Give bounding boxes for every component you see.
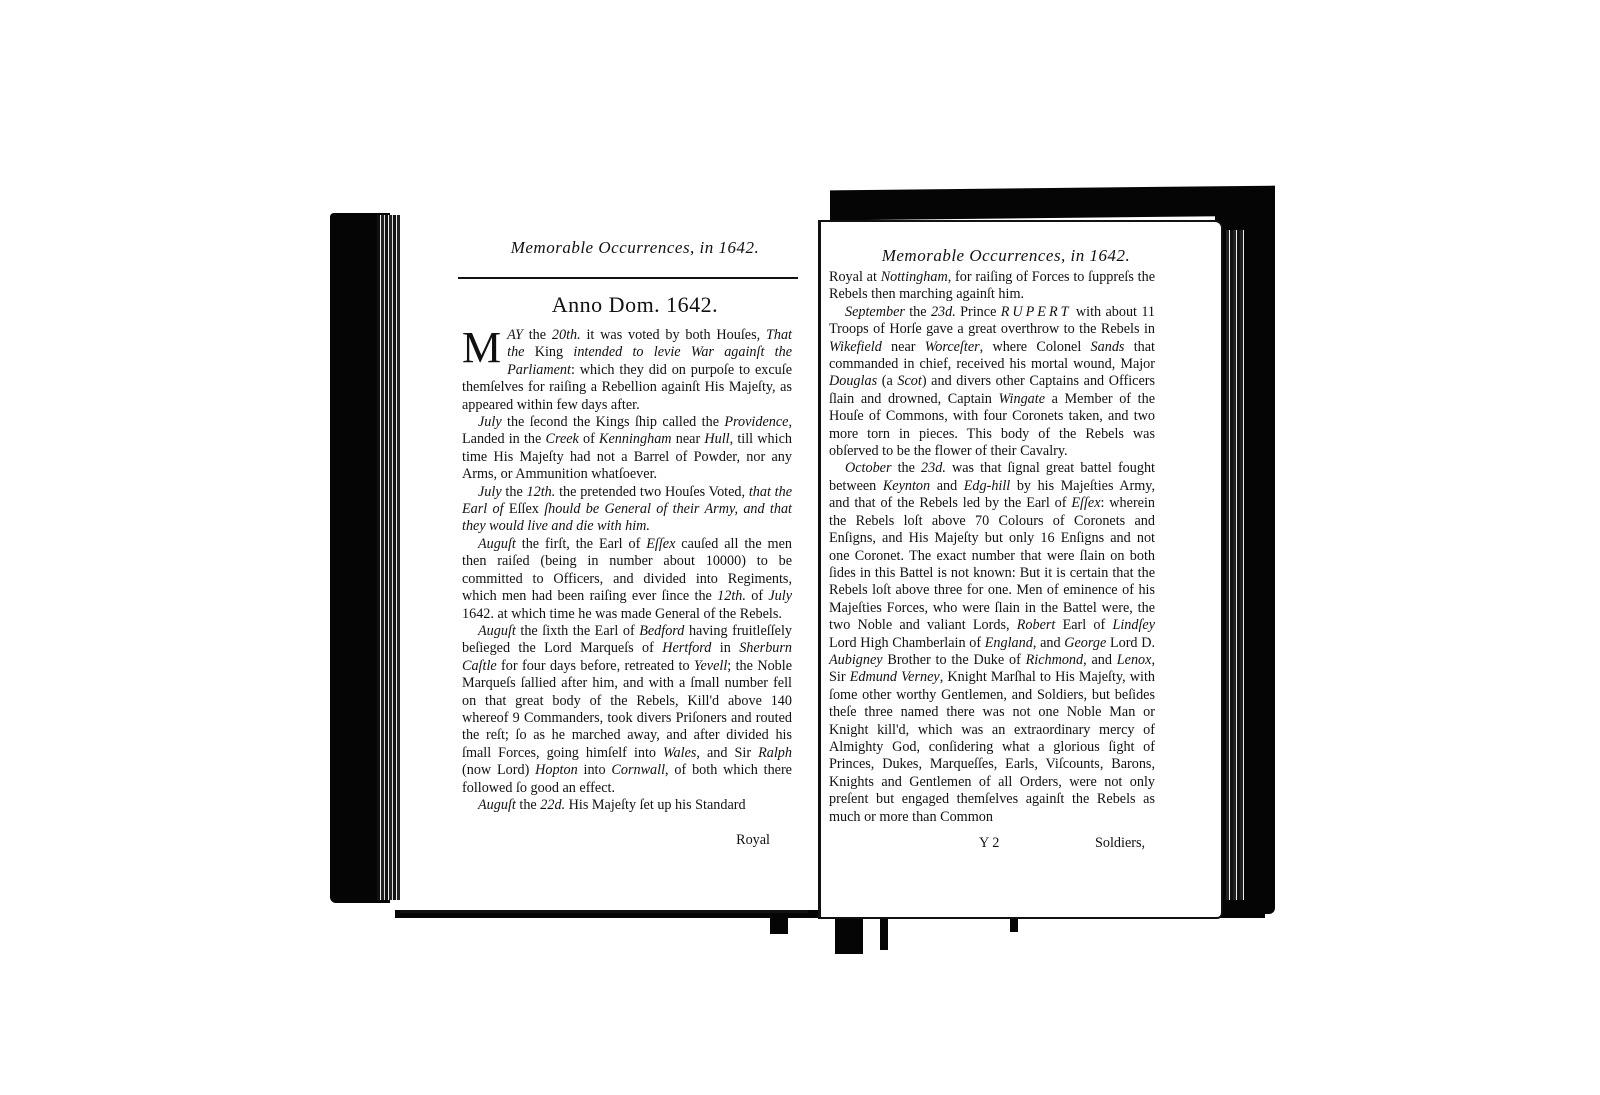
paragraph: October the 23d. was that ſignal great b… <box>829 460 1155 826</box>
drop-cap: M <box>462 329 501 367</box>
running-head: Memorable Occurrences, in 1642. <box>841 246 1171 266</box>
header-rule <box>458 277 798 279</box>
book-scan: Memorable Occurrences, in 1642. Anno Dom… <box>0 0 1600 1095</box>
binding-stub <box>770 912 788 934</box>
running-head: Memorable Occurrences, in 1642. <box>470 238 800 258</box>
catchword: Royal <box>736 832 770 849</box>
right-page: Memorable Occurrences, in 1642. Royal at… <box>818 220 1223 919</box>
book-cover-top-edge <box>830 186 1275 221</box>
right-body-text: Royal at Nottingham, for raiſing of Forc… <box>829 269 1155 826</box>
page-heading: Anno Dom. 1642. <box>470 292 800 318</box>
paragraph: July the 12th. the pretended two Houſes … <box>462 484 792 536</box>
paragraph: September the 23d. Prince RUPERT with ab… <box>829 304 1155 461</box>
paragraph: Auguſt the ſixth the Earl of Bedford hav… <box>462 623 792 797</box>
paragraph: MAY the 20th. it was voted by both Houſe… <box>462 327 792 414</box>
signature-mark: Y 2 <box>979 835 999 852</box>
page-edges-right <box>1226 230 1244 900</box>
left-page: Memorable Occurrences, in 1642. Anno Dom… <box>400 212 808 913</box>
book-cover-right <box>1215 196 1275 914</box>
paragraph: Auguſt the firſt, the Earl of Eſſex cauſ… <box>462 536 792 623</box>
paragraph: Auguſt the 22d. His Majeſty ſet up his S… <box>462 797 792 814</box>
catchword: Soldiers, <box>1095 835 1145 852</box>
left-body-text: MAY the 20th. it was voted by both Houſe… <box>462 327 792 814</box>
paragraph: Royal at Nottingham, for raiſing of Forc… <box>829 269 1155 304</box>
paragraph: July the ſecond the Kings ſhip called th… <box>462 414 792 484</box>
